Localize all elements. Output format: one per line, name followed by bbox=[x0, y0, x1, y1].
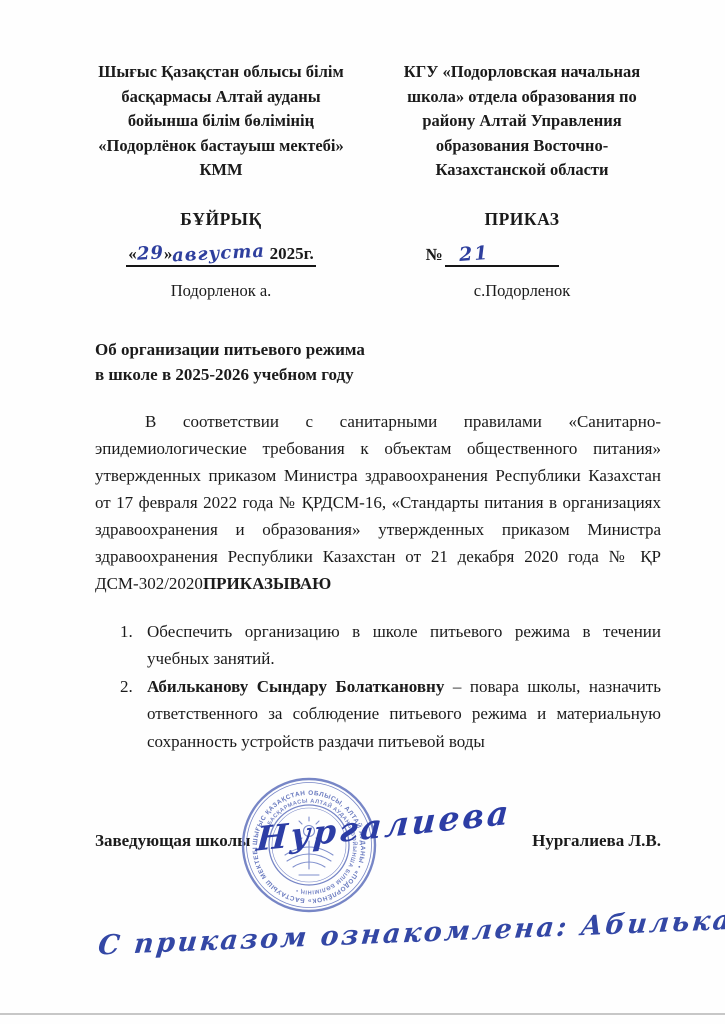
scanned-order-document: Шығыс Қазақстан облысы білім басқармасы … bbox=[0, 0, 725, 1024]
decree-word: ПРИКАЗЫВАЮ bbox=[203, 574, 331, 593]
preamble-text: В соответствии с санитарными правилами «… bbox=[95, 412, 661, 593]
list-item-text: Обеспечить организацию в школе питьевого… bbox=[147, 618, 661, 673]
date-cell: «29»августа 2025г. bbox=[95, 243, 347, 267]
subject-line-1: Об организации питьевого режима bbox=[95, 337, 661, 362]
preamble-paragraph: В соответствии с санитарными правилами «… bbox=[95, 408, 661, 597]
handwritten-number: 21 bbox=[458, 241, 490, 265]
order-number: №21 bbox=[425, 243, 558, 267]
date-number-row: «29»августа 2025г. №21 bbox=[95, 243, 661, 267]
signatory-name: Нургалиева Л.В. bbox=[532, 831, 661, 851]
order-subject: Об организации питьевого режима в школе … bbox=[95, 337, 661, 387]
handwritten-acknowledgement: С приказом ознакомлена: Абильканова bbox=[97, 902, 725, 962]
signatory-role: Заведующая школы bbox=[95, 831, 250, 851]
number-sign: № bbox=[425, 245, 442, 264]
handwritten-month: августа bbox=[172, 240, 266, 266]
subject-line-2: в школе в 2025-2026 учебном году bbox=[95, 362, 661, 387]
order-items: 1. Обеспечить организацию в школе питьев… bbox=[95, 618, 661, 756]
letterhead: Шығыс Қазақстан облысы білім басқармасы … bbox=[95, 60, 661, 183]
document-content: Шығыс Қазақстан облысы білім басқармасы … bbox=[95, 60, 661, 755]
date-line: «29»августа 2025г. bbox=[126, 243, 315, 267]
number-cell: №21 bbox=[383, 243, 661, 267]
list-item: 1. Обеспечить организацию в школе питьев… bbox=[120, 618, 661, 673]
list-item-text: Абильканову Сындару Болаткановну – повар… bbox=[147, 673, 661, 756]
list-item: 2. Абильканову Сындару Болаткановну – по… bbox=[120, 673, 661, 756]
letterhead-russian: КГУ «Подорловская начальная школа» отдел… bbox=[383, 60, 661, 183]
handwritten-day: 29 bbox=[136, 242, 164, 264]
date-year: 2025г. bbox=[265, 244, 313, 263]
date-quote-open: « bbox=[128, 244, 137, 263]
place-row: Подорленок а. с.Подорленок bbox=[95, 281, 661, 301]
number-underline: 21 bbox=[445, 243, 559, 267]
order-title-russian: ПРИКАЗ bbox=[383, 209, 661, 230]
scan-page-edge bbox=[0, 1013, 725, 1015]
order-title-row: БҰЙРЫҚ ПРИКАЗ bbox=[95, 209, 661, 230]
letterhead-kazakh: Шығыс Қазақстан облысы білім басқармасы … bbox=[95, 60, 347, 183]
list-item-number: 2. bbox=[120, 673, 147, 756]
list-item-number: 1. bbox=[120, 618, 147, 673]
order-title-kazakh: БҰЙРЫҚ bbox=[95, 209, 347, 230]
place-russian: с.Подорленок bbox=[383, 281, 661, 301]
place-kazakh: Подорленок а. bbox=[95, 281, 347, 301]
